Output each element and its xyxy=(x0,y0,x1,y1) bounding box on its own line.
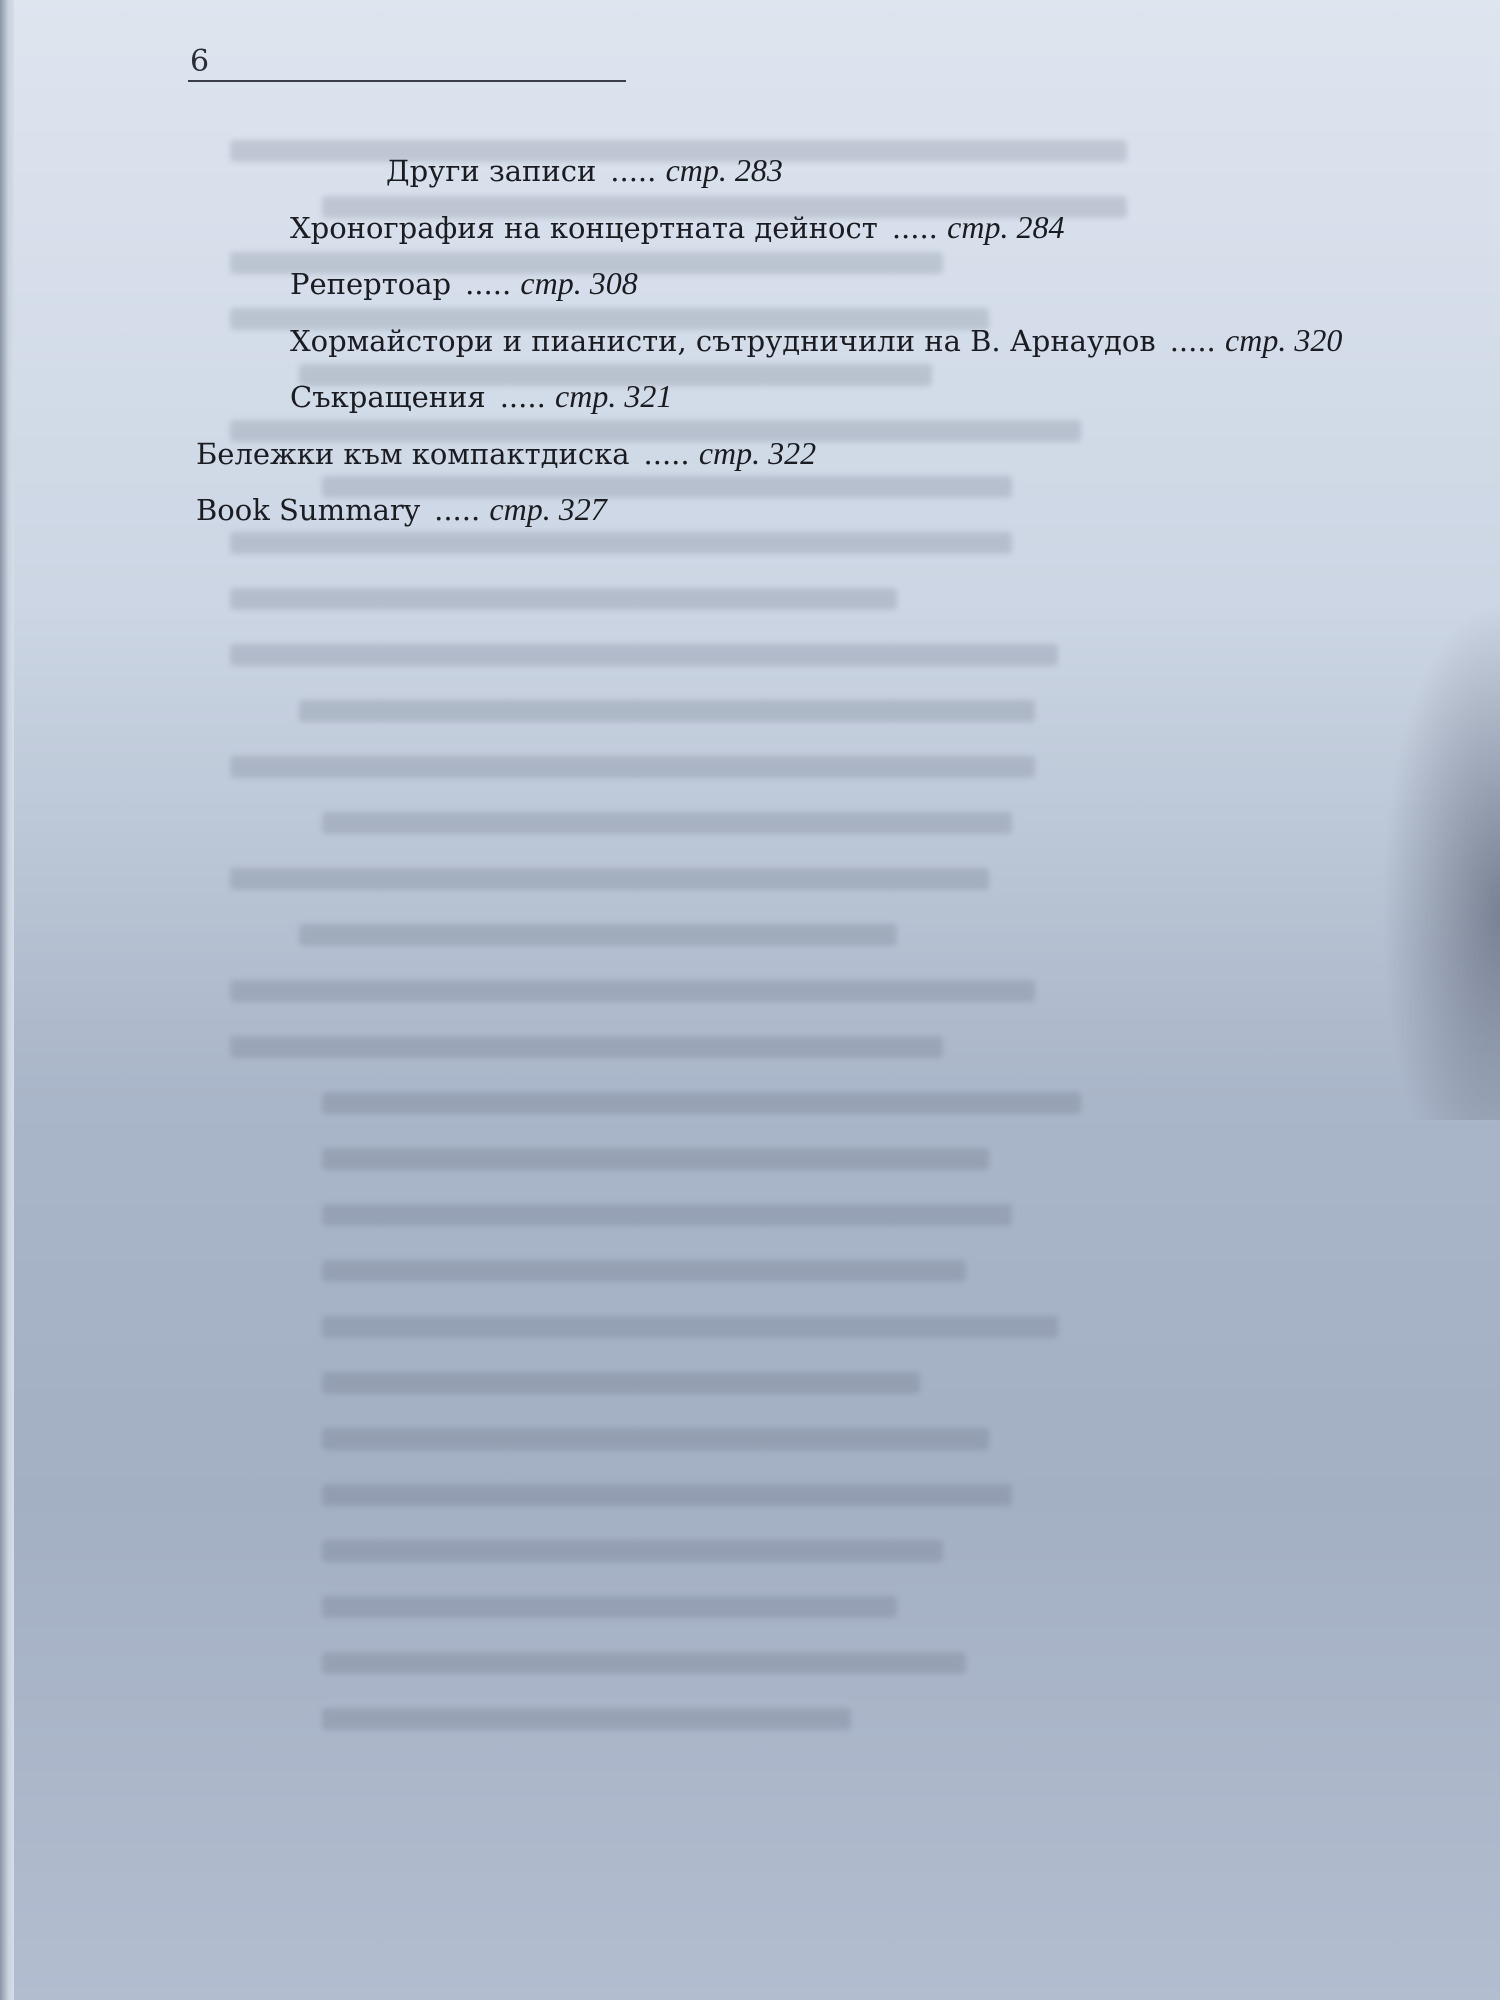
toc-entry: Други записи..... стр. 283 xyxy=(386,152,783,189)
toc-leader-dots: ..... xyxy=(500,380,555,414)
toc-entry-title: Съкращения xyxy=(290,380,486,414)
toc-leader-dots: ..... xyxy=(644,437,699,471)
toc-leader-dots: ..... xyxy=(434,493,489,527)
toc-entry-title: Други записи xyxy=(386,154,596,188)
toc-entry-title: Бележки към компактдиска xyxy=(196,437,630,471)
toc-entry: Бележки към компактдиска..... стр. 322 xyxy=(196,435,816,472)
toc-entry-page: стр. 322 xyxy=(699,435,816,471)
page-number: 6 xyxy=(190,44,209,79)
toc-entry-page: стр. 283 xyxy=(666,152,783,188)
toc-leader-dots: ..... xyxy=(892,211,947,245)
toc-entry-page: стр. 327 xyxy=(489,491,606,527)
toc-entry-page: стр. 284 xyxy=(947,209,1064,245)
toc-leader-dots: ..... xyxy=(610,154,665,188)
toc-entry-page: стр. 308 xyxy=(520,265,637,301)
page-edge xyxy=(0,0,14,2000)
show-through-text xyxy=(230,140,1380,2000)
toc-entry: Съкращения..... стр. 321 xyxy=(290,378,672,415)
toc-leader-dots: ..... xyxy=(465,267,520,301)
toc-entry: Хронография на концертната дейност..... … xyxy=(290,209,1064,246)
toc-entry: Book Summary..... стр. 327 xyxy=(196,491,607,528)
toc-entry-title: Репертоар xyxy=(290,267,451,301)
toc-entry: Хормайстори и пианисти, сътрудничили на … xyxy=(290,322,1342,359)
header-rule xyxy=(188,80,626,82)
toc-entry-title: Хормайстори и пианисти, сътрудничили на … xyxy=(290,324,1156,358)
toc-entry-page: стр. 321 xyxy=(555,378,672,414)
toc-entry: Репертоар..... стр. 308 xyxy=(290,265,638,302)
toc-entry-title: Book Summary xyxy=(196,493,420,527)
toc-leader-dots: ..... xyxy=(1170,324,1225,358)
toc-entry-page: стр. 320 xyxy=(1225,322,1342,358)
toc-entry-title: Хронография на концертната дейност xyxy=(290,211,878,245)
page-fold-shadow xyxy=(1380,600,1500,1120)
